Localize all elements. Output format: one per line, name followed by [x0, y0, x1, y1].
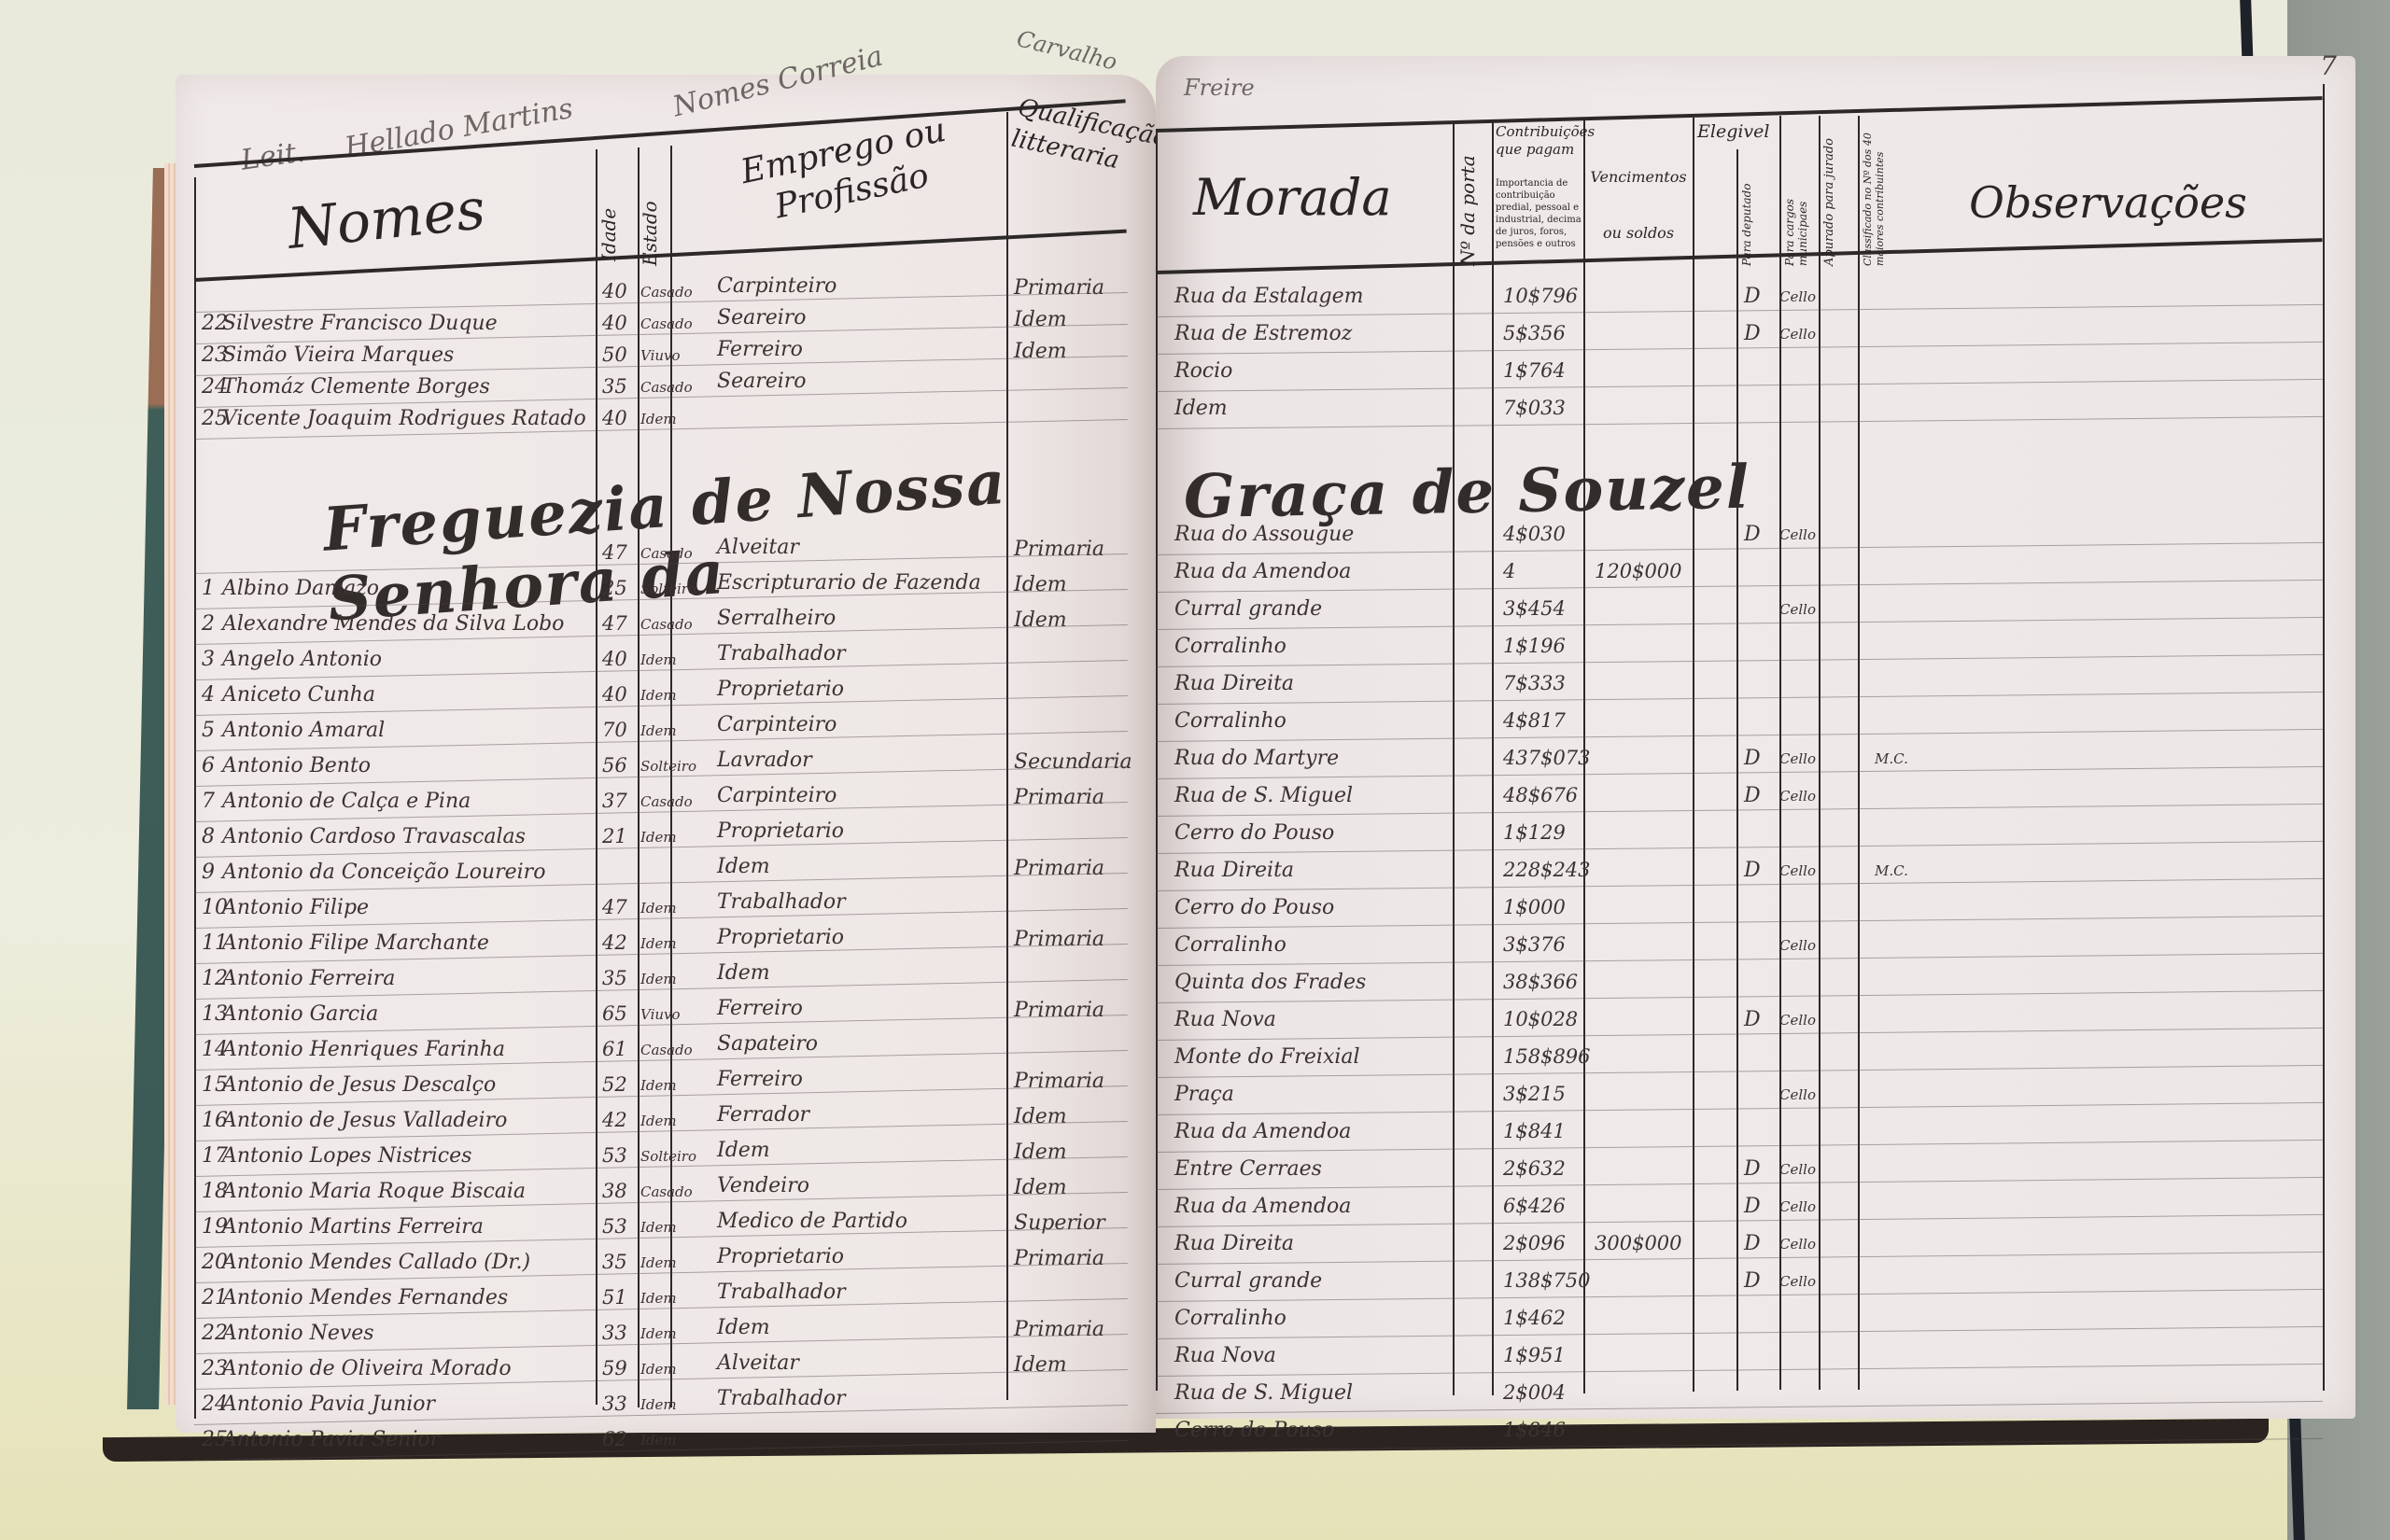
address-cell: Monte do Freixial — [1174, 1045, 1360, 1069]
address-cell: Rua de S. Miguel — [1174, 1381, 1353, 1405]
row-number: 3 — [202, 648, 215, 671]
contribution-cell: 2$096 — [1503, 1232, 1566, 1254]
estado-cell: Casado — [640, 793, 693, 810]
age-cell: 40 — [602, 683, 627, 706]
profession-cell: Trabalhador — [717, 1281, 846, 1304]
eligible-municipal-cell: Cello — [1779, 862, 1816, 879]
col-border — [1858, 116, 1860, 1390]
age-cell: 25 — [602, 577, 627, 599]
address-cell: Rua de Estremoz — [1174, 322, 1352, 345]
estado-cell: Viuvo — [640, 1006, 681, 1023]
profession-cell: Vendeiro — [717, 1174, 809, 1197]
contribution-cell: 10$028 — [1503, 1008, 1578, 1030]
qualification-cell: Idem — [1014, 1141, 1067, 1164]
name-cell: Thomáz Clemente Borges — [222, 375, 490, 399]
estado-cell: Casado — [640, 1042, 693, 1058]
qualification-cell: Primaria — [1014, 1318, 1104, 1341]
eligible-deputy-cell: D — [1744, 859, 1761, 882]
estado-cell: Idem — [640, 651, 677, 668]
pencil-note: Carvalho — [1014, 25, 1119, 76]
qualification-cell: Idem — [1014, 573, 1067, 596]
row-rule — [1156, 729, 2323, 742]
header-idade: Idade — [597, 208, 620, 261]
name-cell: Antonio de Jesus Valladeiro — [222, 1109, 507, 1132]
contribution-cell: 158$896 — [1503, 1045, 1591, 1068]
qualification-cell: Idem — [1014, 308, 1067, 331]
estado-cell: Idem — [640, 1432, 677, 1449]
profession-cell: Idem — [717, 1139, 770, 1162]
eligible-municipal-cell: Cello — [1779, 1086, 1816, 1103]
estado-cell: Idem — [640, 687, 677, 704]
profession-cell: Alveitar — [717, 536, 799, 559]
header-contribuicoes-sub: Importancia de contribuição predial, pes… — [1496, 177, 1583, 250]
profession-cell: Ferreiro — [717, 338, 803, 361]
estado-cell: Casado — [640, 315, 693, 332]
contribution-cell: 5$356 — [1503, 322, 1566, 344]
address-cell: Rua de S. Miguel — [1174, 784, 1353, 807]
qualification-cell: Idem — [1014, 1353, 1067, 1377]
contribution-cell: 1$764 — [1503, 359, 1566, 382]
estado-cell: Idem — [640, 1361, 677, 1378]
address-cell: Corralinho — [1174, 933, 1286, 957]
estado-cell: Idem — [640, 1219, 677, 1236]
name-cell: Antonio de Calça e Pina — [222, 790, 471, 813]
name-cell: Antonio Maria Roque Biscaia — [222, 1180, 526, 1203]
name-cell: Silvestre Francisco Duque — [222, 312, 498, 335]
estado-cell: Idem — [640, 935, 677, 952]
address-cell: Rua Direita — [1174, 672, 1294, 695]
estado-cell: Idem — [640, 1396, 677, 1413]
qualification-cell: Primaria — [1014, 786, 1104, 809]
estado-cell: Idem — [640, 1254, 677, 1271]
name-cell: Antonio de Jesus Descalço — [222, 1073, 496, 1097]
col-border — [2323, 84, 2325, 1391]
row-rule — [1156, 1028, 2323, 1041]
name-cell: Antonio de Oliveira Morado — [222, 1357, 512, 1380]
age-cell: 65 — [602, 1002, 627, 1025]
name-cell: Antonio Henriques Farinha — [222, 1038, 505, 1061]
eligible-municipal-cell: Cello — [1779, 601, 1816, 618]
address-cell: Rua Nova — [1174, 1008, 1276, 1031]
row-rule — [1156, 654, 2323, 667]
qualification-cell: Primaria — [1014, 1070, 1104, 1093]
estado-cell: Idem — [640, 829, 677, 846]
row-number: 5 — [202, 719, 215, 742]
estado-cell: Casado — [640, 284, 693, 301]
address-cell: Quinta dos Frades — [1174, 971, 1366, 994]
name-cell: Antonio da Conceição Loureiro — [222, 861, 545, 884]
name-cell: Antonio Martins Ferreira — [222, 1215, 484, 1239]
eligible-municipal-cell: Cello — [1779, 788, 1816, 805]
qualification-cell: Superior — [1014, 1211, 1105, 1235]
age-cell: 59 — [602, 1357, 627, 1379]
contribution-cell: 4$030 — [1503, 523, 1566, 545]
age-cell: 40 — [602, 312, 627, 334]
address-cell: Rua Nova — [1174, 1344, 1276, 1367]
qualification-cell: Primaria — [1014, 538, 1104, 561]
header-contribuicoes: Contribuições que pagam — [1496, 123, 1583, 159]
contribution-cell: 1$129 — [1503, 821, 1566, 844]
qualification-cell: Idem — [1014, 1105, 1067, 1128]
contribution-cell: 1$000 — [1503, 896, 1566, 918]
profession-cell: Ferreiro — [717, 1068, 803, 1091]
eligible-municipal-cell: Cello — [1779, 937, 1816, 954]
row-number: 6 — [202, 754, 215, 777]
header-estado: Estado — [639, 201, 661, 266]
row-rule — [1156, 1177, 2323, 1190]
col-border — [1156, 131, 1158, 1391]
address-cell: Idem — [1174, 397, 1228, 420]
row-number: 4 — [202, 683, 215, 707]
name-cell: Antonio Neves — [222, 1322, 374, 1345]
row-number: 2 — [202, 612, 215, 636]
profession-cell: Carpinteiro — [717, 713, 836, 736]
address-cell: Curral grande — [1174, 597, 1322, 621]
profession-cell: Lavrador — [717, 749, 812, 772]
age-cell: 40 — [602, 280, 627, 302]
profession-cell: Proprietario — [717, 678, 844, 701]
contribution-cell: 2$004 — [1503, 1381, 1566, 1404]
contribution-cell: 3$215 — [1503, 1083, 1566, 1105]
row-rule — [1156, 1326, 2323, 1339]
salary-cell: 300$000 — [1595, 1232, 1682, 1254]
address-cell: Cerro do Pouso — [1174, 821, 1334, 845]
address-cell: Rua da Amendoa — [1174, 1195, 1351, 1218]
profession-cell: Carpinteiro — [717, 784, 836, 807]
col-border — [1693, 118, 1694, 1392]
address-cell: Rua Direita — [1174, 859, 1294, 882]
row-rule — [1156, 1252, 2323, 1265]
address-cell: Corralinho — [1174, 635, 1286, 658]
age-cell: 38 — [602, 1180, 627, 1202]
name-cell: Antonio Mendes Fernandes — [222, 1286, 508, 1309]
age-cell: 47 — [602, 896, 627, 918]
name-cell: Simão Vieira Marques — [222, 343, 454, 367]
age-cell: 61 — [602, 1038, 627, 1060]
eligible-deputy-cell: D — [1744, 747, 1761, 770]
eligible-deputy-cell: D — [1744, 523, 1761, 546]
name-cell: Antonio Ferreira — [222, 967, 395, 990]
right-page: 7 Freire Morada Nº da porta Contribuiçõe… — [1156, 56, 2355, 1419]
contribution-cell: 1$841 — [1503, 1120, 1566, 1142]
estado-cell: Idem — [640, 1113, 677, 1129]
name-cell: Antonio Mendes Callado (Dr.) — [222, 1251, 530, 1274]
eligible-deputy-cell: D — [1744, 1157, 1761, 1181]
header-morada: Morada — [1193, 168, 1392, 227]
address-cell: Rua do Martyre — [1174, 747, 1339, 770]
right-register-table: Morada Nº da porta Contribuições que pag… — [1156, 56, 2332, 1419]
address-cell: Rua da Amendoa — [1174, 1120, 1351, 1143]
age-cell: 40 — [602, 648, 627, 670]
address-cell: Rua da Estalagem — [1174, 285, 1363, 308]
contribution-cell: 2$632 — [1503, 1157, 1566, 1180]
address-cell: Rua do Assougue — [1174, 523, 1354, 546]
estado-cell: Idem — [640, 722, 677, 739]
estado-cell: Solteiro — [640, 581, 696, 597]
age-cell: 35 — [602, 375, 627, 398]
contribution-cell: 38$366 — [1503, 971, 1578, 993]
qualification-cell: Primaria — [1014, 1247, 1104, 1270]
name-cell: Angelo Antonio — [222, 648, 382, 671]
address-cell: Curral grande — [1174, 1269, 1322, 1293]
profession-cell: Proprietario — [717, 819, 844, 843]
contribution-cell: 437$073 — [1503, 747, 1591, 769]
estado-cell: Idem — [640, 411, 677, 427]
age-cell: 47 — [602, 541, 627, 564]
contribution-cell: 1$951 — [1503, 1344, 1566, 1366]
name-cell: Antonio Filipe Marchante — [222, 931, 489, 955]
name-cell: Alexandre Mendes da Silva Lobo — [222, 612, 564, 636]
contribution-cell: 10$796 — [1503, 285, 1578, 307]
address-cell: Rocio — [1174, 359, 1232, 383]
row-number: 9 — [202, 861, 215, 884]
profession-cell: Idem — [717, 961, 770, 985]
age-cell: 53 — [602, 1144, 627, 1167]
profession-cell: Escripturario de Fazenda — [717, 571, 981, 595]
address-cell: Rua da Amendoa — [1174, 560, 1351, 583]
name-cell: Antonio Pavia Senior — [222, 1428, 440, 1451]
row-rule — [1156, 1364, 2323, 1377]
estado-cell: Idem — [640, 1077, 677, 1094]
profession-cell: Ferrador — [717, 1103, 809, 1127]
address-cell: Corralinho — [1174, 1307, 1286, 1330]
contribution-cell: 1$846 — [1503, 1419, 1566, 1441]
name-cell: Aniceto Cunha — [222, 683, 375, 707]
profession-cell: Trabalhador — [717, 642, 846, 665]
name-cell: Antonio Bento — [222, 754, 371, 777]
estado-cell: Viuvo — [640, 347, 681, 364]
row-rule — [1156, 416, 2323, 429]
age-cell: 51 — [602, 1286, 627, 1309]
contribution-cell: 1$462 — [1503, 1307, 1566, 1329]
eligible-municipal-cell: Cello — [1779, 1012, 1816, 1029]
estado-cell: Solteiro — [640, 1148, 696, 1165]
age-cell: 56 — [602, 754, 627, 777]
eligible-municipal-cell: Cello — [1779, 1273, 1816, 1290]
contribution-cell: 4 — [1503, 560, 1515, 582]
estado-cell: Casado — [640, 379, 693, 396]
address-cell: Rua Direita — [1174, 1232, 1294, 1255]
contribution-cell: 7$333 — [1503, 672, 1566, 694]
row-number: 8 — [202, 825, 215, 848]
age-cell: 42 — [602, 931, 627, 954]
estado-cell: Idem — [640, 900, 677, 917]
col-border — [1006, 112, 1008, 1400]
age-cell: 52 — [602, 1073, 627, 1096]
profession-cell: Seareiro — [717, 370, 807, 393]
address-cell: Corralinho — [1174, 709, 1286, 733]
left-register-table: Nomes Idade Estado Emprego ou Profissão … — [194, 75, 1146, 1419]
name-cell: Antonio Filipe — [222, 896, 369, 919]
parish-heading-right: Graça de Souzel — [1183, 453, 1750, 533]
name-cell: Vicente Joaquim Rodrigues Ratado — [222, 407, 586, 430]
header-observacoes: Observações — [1903, 177, 2313, 228]
profession-cell: Idem — [717, 855, 770, 878]
contribution-cell: 4$817 — [1503, 709, 1566, 732]
row-rule — [1156, 1289, 2323, 1302]
contribution-cell: 3$454 — [1503, 597, 1566, 620]
age-cell: 47 — [602, 612, 627, 635]
age-cell: 42 — [602, 1109, 627, 1131]
profession-cell: Alveitar — [717, 1351, 799, 1375]
row-number: 1 — [202, 577, 215, 600]
age-cell: 21 — [602, 825, 627, 847]
row-rule — [1156, 617, 2323, 630]
profession-cell: Seareiro — [717, 306, 807, 329]
profession-cell: Trabalhador — [717, 890, 846, 914]
name-cell: Antonio Amaral — [222, 719, 385, 742]
eligible-municipal-cell: Cello — [1779, 326, 1816, 343]
left-page: Leit. Hellado Martins Nomes Correia Carv… — [176, 75, 1156, 1433]
eligible-deputy-cell: D — [1744, 322, 1761, 345]
eligible-municipal-cell: Cello — [1779, 750, 1816, 767]
name-cell: Antonio Pavia Junior — [222, 1393, 435, 1416]
profession-cell: Trabalhador — [717, 1387, 846, 1410]
age-cell: 62 — [602, 1428, 627, 1450]
age-cell: 40 — [602, 407, 627, 429]
contribution-cell: 7$033 — [1503, 397, 1566, 419]
qualification-cell: Secundaria — [1014, 750, 1132, 774]
contribution-cell: 3$376 — [1503, 933, 1566, 956]
eligible-deputy-cell: D — [1744, 1008, 1761, 1031]
address-cell: Cerro do Pouso — [1174, 896, 1334, 919]
col-border — [1736, 149, 1738, 1391]
salary-cell: 120$000 — [1595, 560, 1682, 582]
observations-cell: M.C. — [1875, 862, 1908, 879]
profession-cell: Proprietario — [717, 926, 844, 949]
contribution-cell: 6$426 — [1503, 1195, 1566, 1217]
profession-cell: Sapateiro — [717, 1032, 818, 1056]
contribution-cell: 48$676 — [1503, 784, 1578, 806]
name-cell: Antonio Cardoso Travascalas — [222, 825, 526, 848]
age-cell: 53 — [602, 1215, 627, 1238]
eligible-municipal-cell: Cello — [1779, 288, 1816, 305]
profession-cell: Proprietario — [717, 1245, 844, 1268]
header-bottom-rule — [1156, 238, 2323, 274]
col-border — [1819, 116, 1821, 1390]
qualification-cell: Primaria — [1014, 928, 1104, 951]
eligible-municipal-cell: Cello — [1779, 1198, 1816, 1215]
age-cell: 33 — [602, 1322, 627, 1344]
address-cell: Cerro do Pouso — [1174, 1419, 1334, 1442]
eligible-deputy-cell: D — [1744, 1232, 1761, 1255]
age-cell: 70 — [602, 719, 627, 741]
eligible-deputy-cell: D — [1744, 784, 1761, 807]
name-cell: Antonio Lopes Nistrices — [222, 1144, 471, 1168]
profession-cell: Medico de Partido — [717, 1210, 907, 1233]
age-cell: 50 — [602, 343, 627, 366]
estado-cell: Idem — [640, 1325, 677, 1342]
estado-cell: Solteiro — [640, 758, 696, 775]
header-elegivel-deputado: Para deputado — [1740, 154, 1753, 266]
header-vencimentos: Vencimentos ou soldos — [1587, 149, 1690, 261]
address-cell: Praça — [1174, 1083, 1234, 1106]
header-classificado: Classificado no Nº dos 40 maiores contri… — [1862, 117, 1886, 266]
estado-cell: Idem — [640, 971, 677, 987]
profession-cell: Serralheiro — [717, 607, 836, 630]
contribution-cell: 138$750 — [1503, 1269, 1591, 1292]
col-border — [194, 177, 196, 1419]
name-cell: Albino Damazo — [222, 577, 379, 600]
row-rule — [1156, 953, 2323, 966]
age-cell: 35 — [602, 967, 627, 989]
header-porta: Nº da porta — [1456, 155, 1479, 266]
header-elegivel-cargos: Para cargos municipaes — [1783, 154, 1809, 266]
age-cell: 33 — [602, 1393, 627, 1415]
contribution-cell: 1$196 — [1503, 635, 1566, 657]
header-elegivel: Elegivel — [1697, 121, 1769, 142]
eligible-deputy-cell: D — [1744, 1269, 1761, 1293]
header-qualificacao: Qualificação litteraria — [1008, 91, 1132, 176]
row-number: 7 — [202, 790, 215, 813]
qualification-cell: Idem — [1014, 609, 1067, 632]
row-rule — [1156, 692, 2323, 705]
row-rule — [1156, 878, 2323, 891]
qualification-cell: Idem — [1014, 340, 1067, 363]
address-cell: Entre Cerraes — [1174, 1157, 1322, 1181]
qualification-cell: Primaria — [1014, 276, 1104, 300]
header-nomes: Nomes — [285, 176, 488, 262]
header-jurado: Apurado para jurado — [1822, 117, 1836, 266]
qualification-cell: Primaria — [1014, 999, 1104, 1022]
estado-cell: Idem — [640, 1290, 677, 1307]
eligible-deputy-cell: D — [1744, 285, 1761, 308]
age-cell: 37 — [602, 790, 627, 812]
qualification-cell: Primaria — [1014, 857, 1104, 880]
row-rule — [1156, 379, 2323, 392]
contribution-cell: 228$243 — [1503, 859, 1591, 881]
profession-cell: Ferreiro — [717, 997, 803, 1020]
eligible-municipal-cell: Cello — [1779, 526, 1816, 543]
profession-cell: Carpinteiro — [717, 274, 836, 298]
eligible-municipal-cell: Cello — [1779, 1236, 1816, 1253]
qualification-cell: Idem — [1014, 1176, 1067, 1199]
name-cell: Antonio Garcia — [222, 1002, 378, 1026]
estado-cell: Casado — [640, 545, 693, 562]
eligible-municipal-cell: Cello — [1779, 1161, 1816, 1178]
eligible-deputy-cell: D — [1744, 1195, 1761, 1218]
age-cell: 35 — [602, 1251, 627, 1273]
estado-cell: Casado — [640, 616, 693, 633]
profession-cell: Idem — [717, 1316, 770, 1339]
observations-cell: M.C. — [1875, 750, 1908, 767]
estado-cell: Casado — [640, 1183, 693, 1200]
row-rule — [1156, 1102, 2323, 1115]
